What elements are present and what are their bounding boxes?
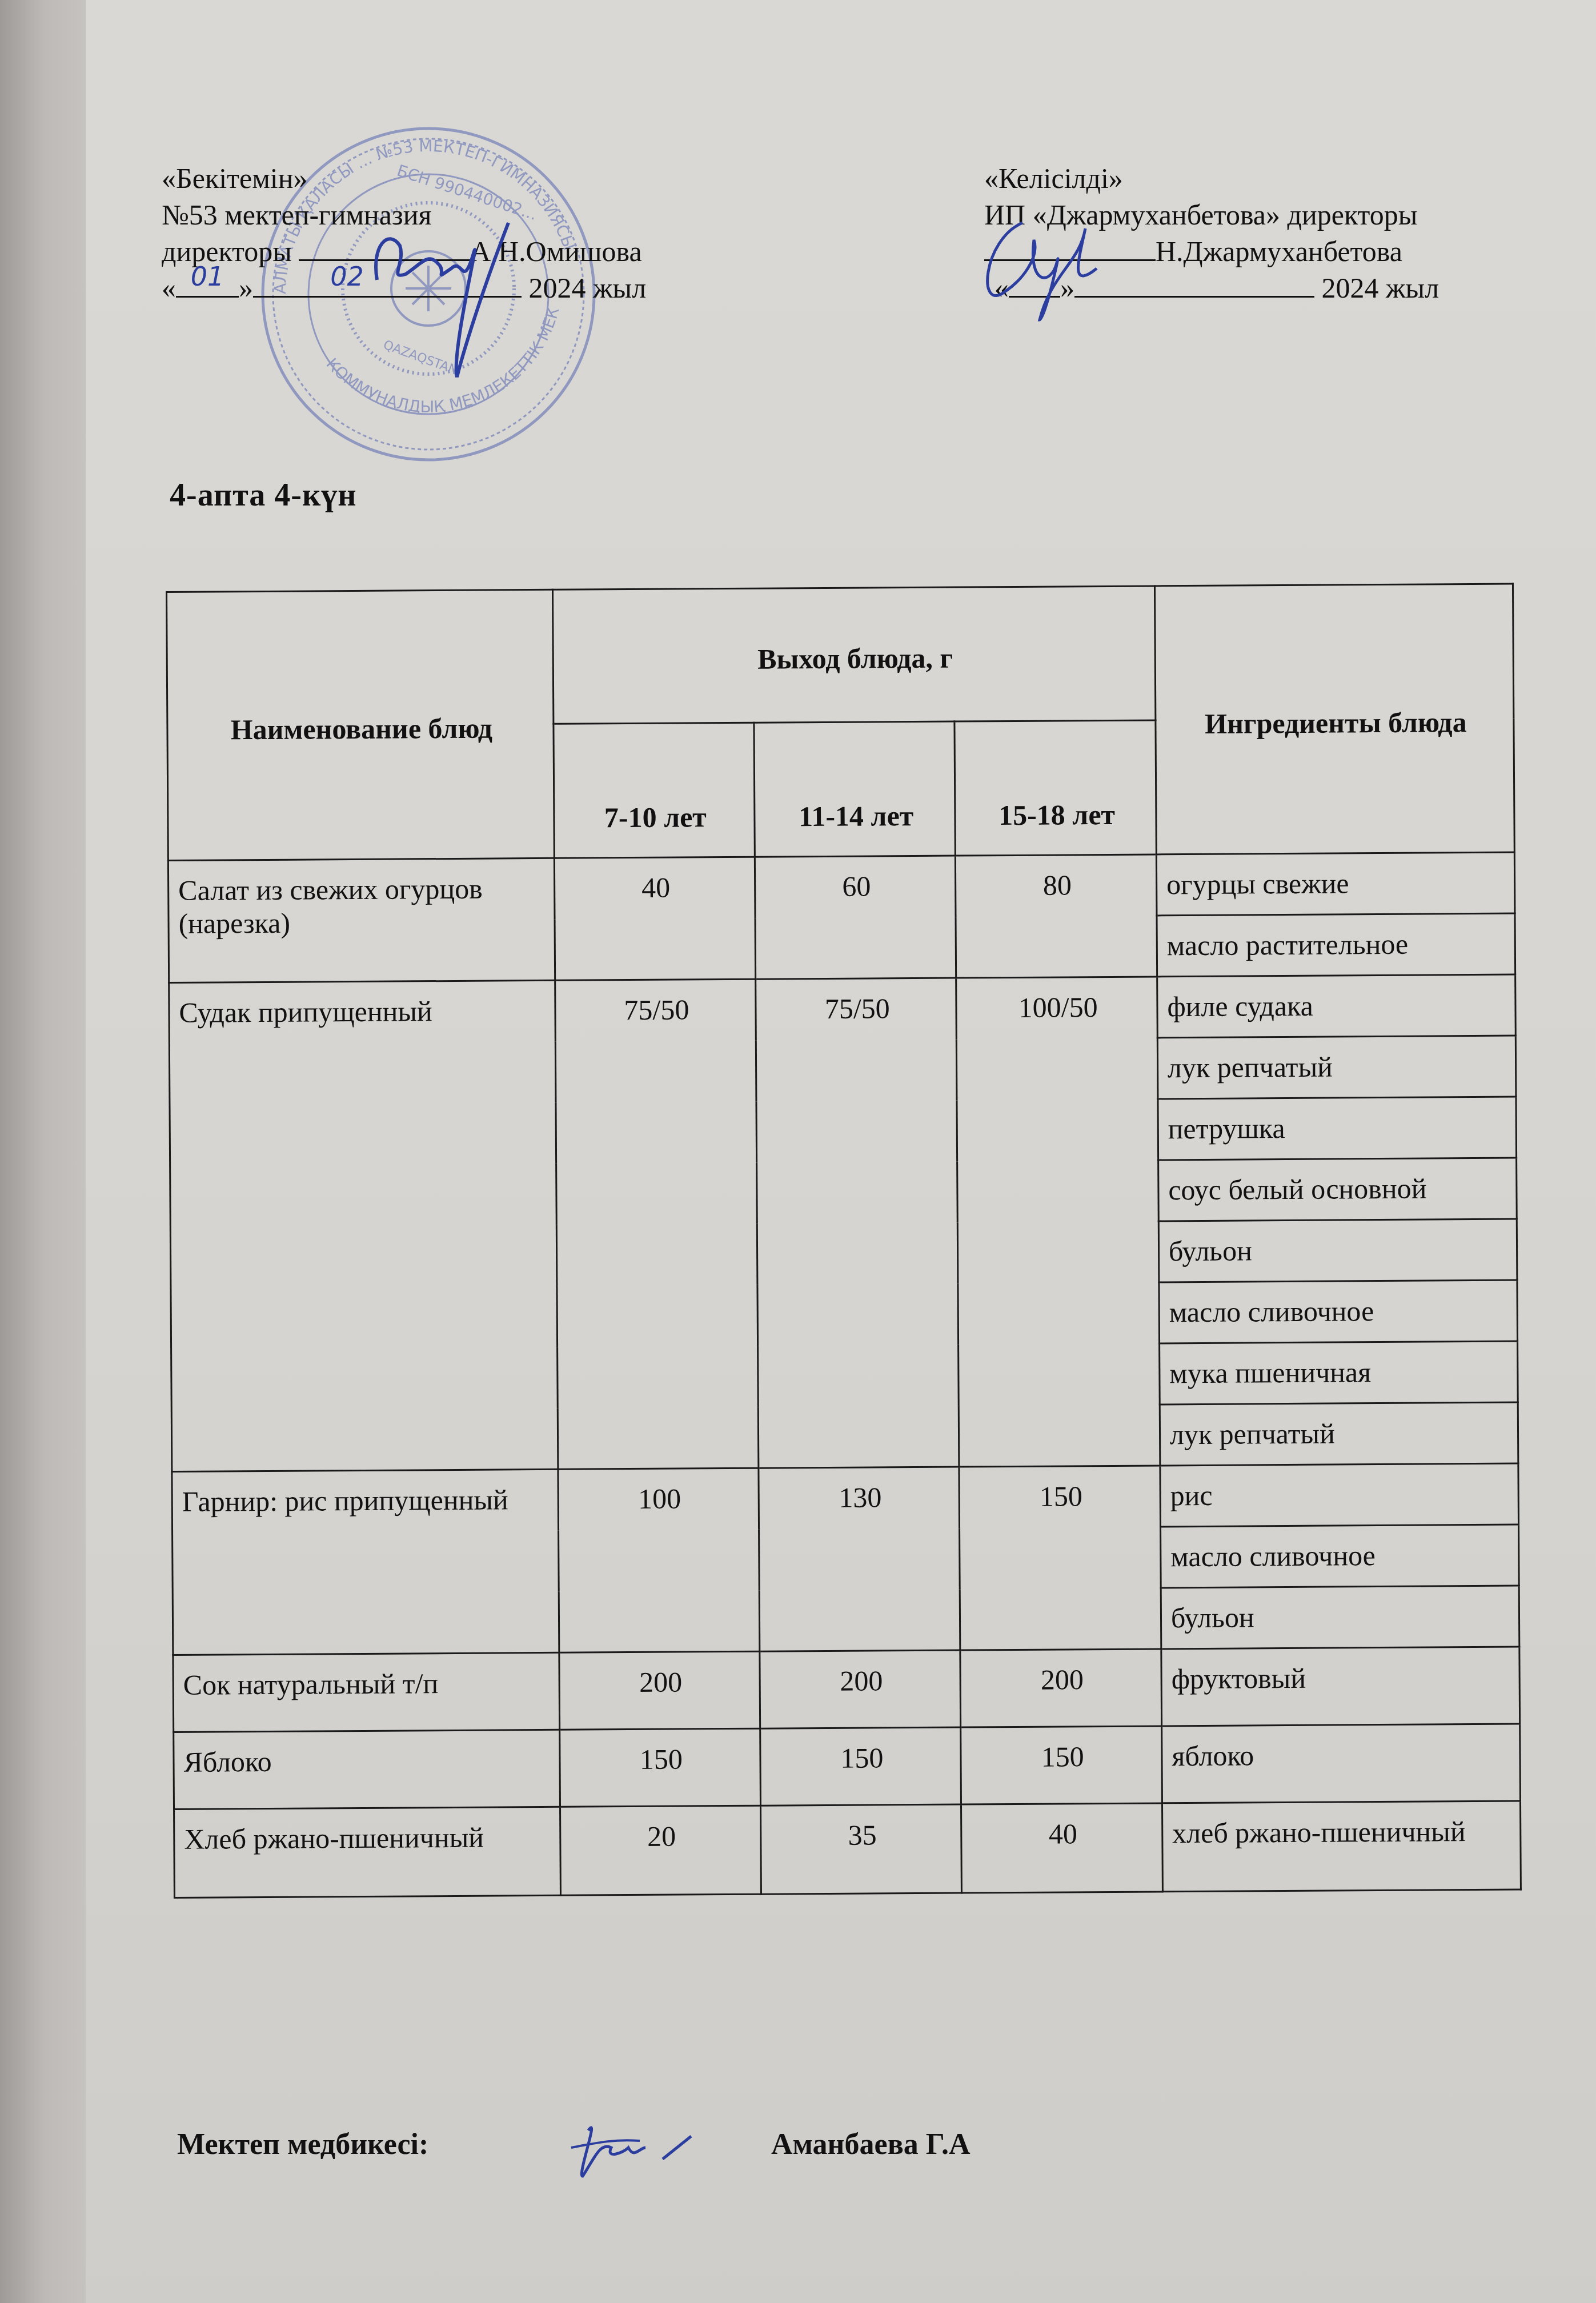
yield-value: 150 bbox=[959, 1466, 1161, 1650]
dish-name: Гарнир: рис припущенный bbox=[172, 1469, 559, 1655]
ingredient: рис bbox=[1160, 1463, 1519, 1527]
table-row: Судак припущенный75/5075/50100/50филе су… bbox=[169, 974, 1516, 1044]
agreement-org: ИП «Джармуханбетова» директоры bbox=[984, 196, 1439, 233]
header-yield: Выход блюда, г bbox=[552, 586, 1156, 724]
agreement-title: «Келісілді» bbox=[984, 160, 1439, 196]
nurse-name: Аманбаева Г.А bbox=[771, 2128, 971, 2161]
yield-value: 40 bbox=[961, 1803, 1162, 1893]
table-row: Яблоко150150150яблоко bbox=[174, 1724, 1521, 1809]
ingredient: лук репчатый bbox=[1160, 1402, 1518, 1466]
yield-value: 100 bbox=[558, 1468, 760, 1652]
footer-signature-line: Мектеп медбикесі: Аманбаева Г.А bbox=[177, 2128, 428, 2161]
ingredient: масло сливочное bbox=[1160, 1524, 1519, 1588]
approval-date-line: «01»02 2024 жыл bbox=[162, 270, 646, 306]
approval-title: «Бекітемін» bbox=[162, 160, 646, 196]
yield-value: 40 bbox=[554, 857, 756, 980]
agreement-signature-line: Н.Джармуханбетова bbox=[984, 233, 1439, 270]
table-row: Гарнир: рис припущенный100130150рис bbox=[172, 1463, 1519, 1532]
ingredient: соус белый основной bbox=[1158, 1158, 1517, 1221]
dish-name: Хлеб ржано-пшеничный bbox=[174, 1807, 561, 1897]
signature-field bbox=[984, 233, 1156, 261]
yield-value: 200 bbox=[960, 1649, 1161, 1727]
nurse-label: Мектеп медбикесі: bbox=[177, 2128, 428, 2161]
ingredient: хлеб ржано-пшеничный bbox=[1162, 1801, 1521, 1892]
signature-field bbox=[299, 233, 470, 261]
header-ingredients: Ингредиенты блюда bbox=[1154, 584, 1514, 854]
agreement-block: «Келісілді» ИП «Джармуханбетова» директо… bbox=[984, 160, 1439, 306]
yield-value: 20 bbox=[560, 1806, 761, 1895]
yield-value: 80 bbox=[956, 854, 1157, 978]
table-row: Сок натуральный т/п200200200фруктовый bbox=[173, 1647, 1520, 1732]
dish-name: Салат из свежих огурцов (нарезка) bbox=[168, 858, 555, 982]
table-row: Салат из свежих огурцов (нарезка)406080о… bbox=[168, 852, 1515, 921]
table-row: Хлеб ржано-пшеничный203540хлеб ржано-пше… bbox=[174, 1801, 1521, 1897]
dish-name: Судак припущенный bbox=[169, 980, 558, 1471]
menu-table-body: Салат из свежих огурцов (нарезка)406080о… bbox=[168, 852, 1521, 1897]
yield-value: 100/50 bbox=[956, 977, 1160, 1467]
ingredient: лук репчатый bbox=[1157, 1036, 1516, 1099]
menu-table: Наименование блюд Выход блюда, г Ингреди… bbox=[166, 583, 1522, 1899]
approval-block: «Бекітемін» №53 мектеп-гимназия директор… bbox=[162, 160, 646, 306]
approval-signature-line: директоры А.Н.Омишова bbox=[162, 233, 646, 270]
supplier-name: Н.Джармуханбетова bbox=[1156, 235, 1402, 267]
header-dish-name: Наименование блюд bbox=[167, 589, 555, 860]
yield-value: 75/50 bbox=[555, 979, 759, 1469]
ingredient: фруктовый bbox=[1161, 1647, 1520, 1726]
week-day-title: 4-апта 4-күн bbox=[170, 477, 357, 513]
yield-value: 150 bbox=[559, 1728, 760, 1807]
header-age-11-14: 11-14 лет bbox=[754, 721, 956, 857]
ingredient: огурцы свежие bbox=[1156, 852, 1515, 916]
day-field bbox=[1009, 270, 1060, 298]
ingredient: бульон bbox=[1161, 1586, 1519, 1649]
header-age-7-10: 7-10 лет bbox=[554, 723, 755, 858]
yield-value: 60 bbox=[755, 856, 956, 979]
ingredient: филе судака bbox=[1157, 974, 1516, 1038]
yield-value: 200 bbox=[559, 1651, 760, 1730]
director-name: А.Н.Омишова bbox=[470, 235, 641, 267]
ingredient: яблоко bbox=[1162, 1724, 1521, 1803]
month-field bbox=[1074, 270, 1314, 298]
ingredient: масло растительное bbox=[1157, 913, 1515, 977]
dish-name: Сок натуральный т/п bbox=[173, 1652, 560, 1732]
approval-org: №53 мектеп-гимназия bbox=[162, 196, 646, 233]
day-field: 01 bbox=[176, 270, 239, 298]
header-age-15-18: 15-18 лет bbox=[955, 720, 1156, 856]
ingredient: мука пшеничная bbox=[1159, 1341, 1518, 1405]
ingredient: петрушка bbox=[1158, 1097, 1517, 1160]
yield-value: 35 bbox=[761, 1804, 962, 1894]
month-field: 02 bbox=[253, 270, 522, 298]
agreement-date-line: «» 2024 жыл bbox=[984, 270, 1439, 306]
ingredient: масло сливочное bbox=[1159, 1280, 1518, 1343]
yield-value: 150 bbox=[760, 1727, 961, 1806]
yield-value: 200 bbox=[760, 1650, 961, 1728]
dish-name: Яблоко bbox=[174, 1730, 560, 1809]
ingredient: бульон bbox=[1158, 1219, 1517, 1282]
yield-value: 75/50 bbox=[756, 978, 960, 1468]
yield-value: 150 bbox=[961, 1726, 1162, 1804]
yield-value: 130 bbox=[759, 1467, 960, 1651]
